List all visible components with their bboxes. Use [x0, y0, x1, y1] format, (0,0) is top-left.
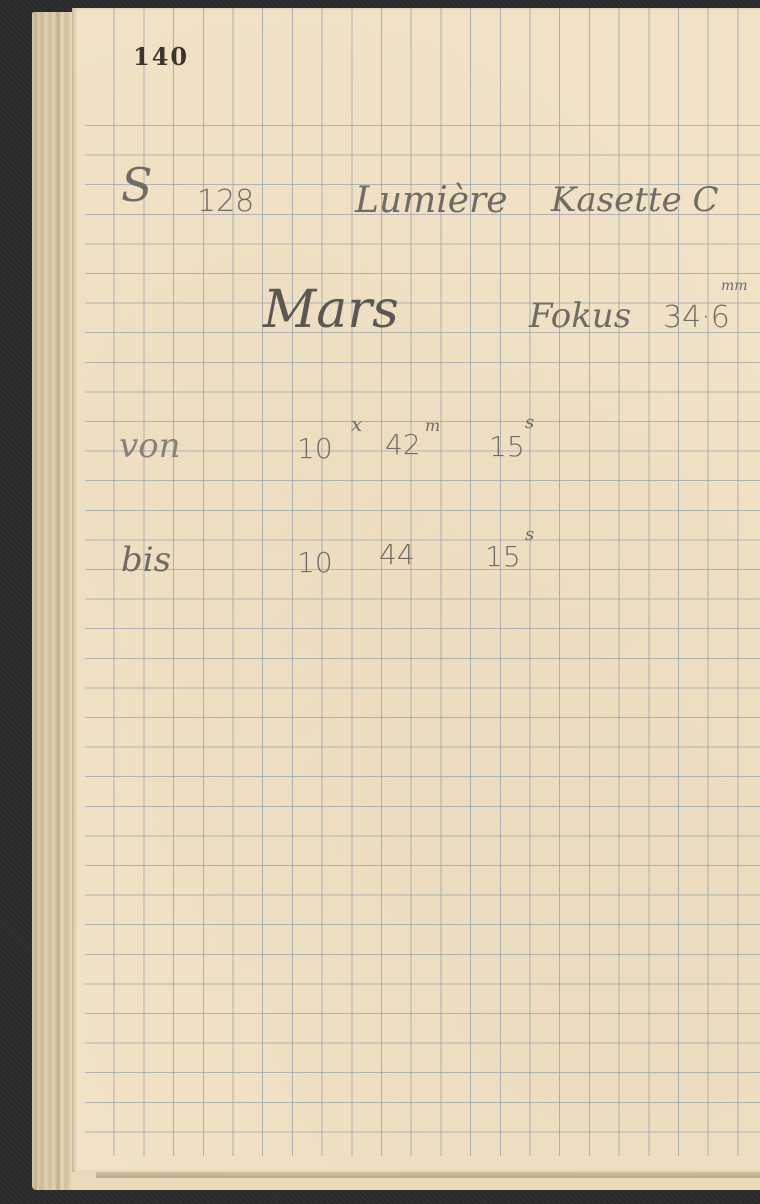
bis-minutes: 44 — [379, 538, 415, 571]
plate-type: Lumière — [355, 180, 508, 221]
bis-hours: 10 — [297, 546, 333, 579]
von-hours: 10 — [297, 432, 333, 465]
page-number: 140 — [133, 42, 189, 71]
page-bottom-edge — [96, 1172, 760, 1178]
bis-seconds-unit: s — [525, 524, 534, 545]
von-seconds-unit: s — [525, 412, 534, 433]
plate-prefix: S — [121, 158, 153, 212]
focus-label: Fokus — [529, 296, 631, 336]
focus-value: 34·6 — [663, 300, 730, 335]
row-label-bis: bis — [121, 540, 171, 580]
row-label-von: von — [119, 426, 181, 466]
object-name: Mars — [263, 280, 399, 340]
grid-horizontal-lines — [85, 125, 760, 1156]
notebook-page: 140 S 128 Lumière Kasette C Mars Fokus 3… — [72, 8, 760, 1172]
bis-seconds: 15 — [485, 540, 521, 573]
von-minutes: 42 — [385, 428, 421, 461]
plate-number: 128 — [197, 184, 254, 219]
focus-unit: mm — [721, 278, 748, 294]
von-seconds: 15 — [489, 430, 525, 463]
cassette-label: Kasette C — [551, 180, 719, 220]
von-minutes-unit: m — [425, 416, 440, 435]
von-hours-unit: x — [351, 412, 362, 436]
